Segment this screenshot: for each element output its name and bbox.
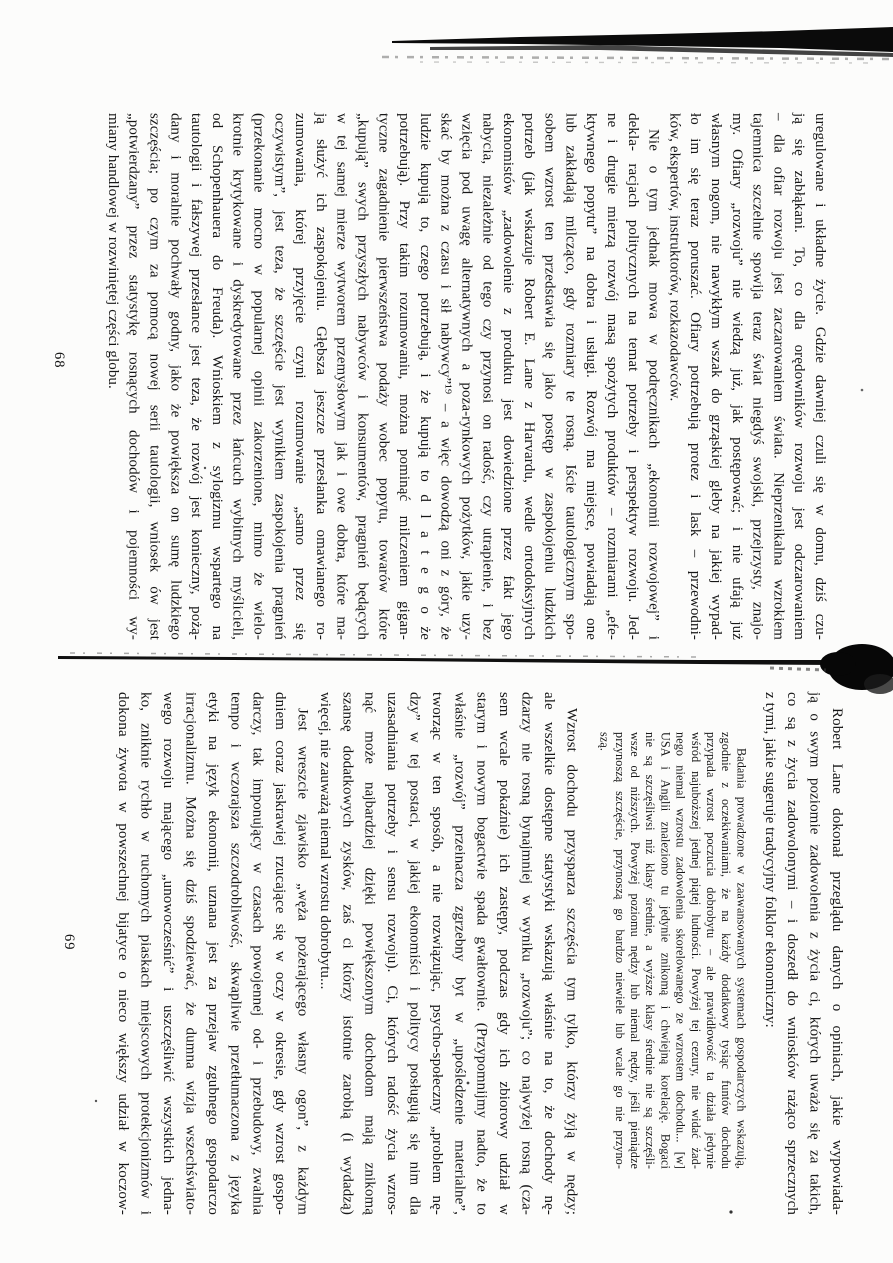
text-line: dekla- racjach politycznych na temat pot… (622, 113, 643, 640)
text-line: szczęścia; po czym za pomocą nowej serii… (144, 113, 165, 640)
paragraph: Wzrost dochodu przysparza szczęścia tym … (313, 692, 582, 1215)
text-line: zgodnie z oczekiwaniami, że na każdy dod… (718, 732, 733, 1169)
text-line: więcej, nie zauważą niemal wzrostu dobro… (313, 692, 335, 1215)
text-line: zumowania, której przyjęcie czyni rozumo… (289, 113, 310, 640)
text-line: ne i drugie mierzą rozwój masą spożytych… (601, 113, 622, 640)
text-line: oczywistym”, jest teza, że szczęście jes… (268, 113, 289, 640)
text-line: ło im się teraz poruszać. Ofiary potrzeb… (684, 113, 705, 640)
text-line: nego niemal wzrostu zadowolenia skorelow… (672, 732, 687, 1169)
text-line: z tymi, jakie sugeruje tradycyjny folklo… (758, 692, 780, 1215)
text-line: ale wszelkie dostępne statystyki wskazuj… (538, 692, 560, 1215)
text-line: szą. (596, 732, 611, 1169)
text-line: starym i nowym bogactwie spada gwałtowni… (470, 692, 492, 1215)
text-line: miany handlowej w rozwiniętej części glo… (102, 113, 123, 640)
text-line: szansę dodatkowych zysków, zaś ci którzy… (336, 692, 358, 1215)
page-68-text: uregulowane i układne życie. Gdzie dawni… (97, 113, 830, 640)
text-line: ją o swym poziomie zadowolenia z życia c… (803, 692, 825, 1215)
paragraph: Nie o tym jednak mowa w podręcznikach „e… (102, 113, 664, 640)
paragraph: uregulowane i układne życie. Gdzie dawni… (664, 113, 830, 640)
text-line: „potwierdzany” przez statystykę rosnącyc… (123, 113, 144, 640)
text-line: od Schopenhauera do Freuda). Wnioskiem z… (206, 113, 227, 640)
text-line: dany i moralnie pochwały godny, jako że … (165, 113, 186, 640)
page-number-69: 69 (60, 934, 77, 951)
text-line: darczy, tak imponujący w czasach powojen… (246, 692, 268, 1215)
text-line: wsze od niższych. Powyżej poziomu nędzy … (627, 732, 642, 1169)
text-line: tyczne zagadnienie pierwszeństwa podaży … (372, 113, 393, 640)
text-line: USA i Anglii znaleziono tu jedynie zniko… (657, 732, 672, 1169)
text-line: sobem wzrost ten przedstawia się jako po… (539, 113, 560, 640)
text-line: Nie o tym jednak mowa w podręcznikach „e… (643, 113, 664, 640)
text-line: „kupują” swych przyszłych nabywców i kon… (352, 113, 373, 640)
page-number-68: 68 (50, 352, 67, 369)
paragraph: Robert Lane dokonał przeglądu danych o o… (758, 692, 848, 1215)
paragraph: Jest wreszcie zjawisko „węża pożerająceg… (112, 692, 314, 1215)
text-line: ją służyć ich zaspokojeniu. Głębsza jesz… (310, 113, 331, 640)
scanned-book-spread: { "document": { "language": "Polish", "p… (0, 0, 893, 1263)
text-line: dzy” w tej postaci, w jakiej ekonomiści … (403, 692, 425, 1215)
ink-blob (828, 644, 893, 690)
text-line: ktywnego popytu” na dobra i usługi. Rozw… (580, 113, 601, 640)
text-line: ko, zniknie rychło w ruchomych piaskach … (134, 692, 156, 1215)
text-line: tajemnica szczelnie spowija teraz świat … (747, 113, 768, 640)
text-line: krotnie krytykowane i dyskredytowane prz… (227, 113, 248, 640)
text-line: nie są szczęśliwsi niż klasy średnie, a … (642, 732, 657, 1169)
text-line: dzarzy nie rosną bynajmniej w wyniku „ro… (515, 692, 537, 1215)
text-line: przynoszą szczęście, przynoszą go bardzo… (612, 732, 627, 1169)
text-line: wzięcia pod uwagę alternatywnych a poza-… (456, 113, 477, 640)
text-line: (przekonanie mocno w popularnej opinii z… (248, 113, 269, 640)
text-line: ludzie kupują to, czego potrzebują, i że… (414, 113, 435, 640)
text-line: Robert Lane dokonał przeglądu danych o o… (826, 692, 848, 1215)
text-line: Jest wreszcie zjawisko „węża pożerająceg… (291, 692, 313, 1215)
text-line: wego rozwoju mającego „unowocześnić” i u… (157, 692, 179, 1215)
text-line: tempo i wczorajsza szczodrobliwość, skwa… (224, 692, 246, 1215)
text-line: wśród najuboższej jednej piątej ludności… (688, 732, 703, 1169)
text-line: – dla ofiar rozwoju jest zaczarowaniem ś… (768, 113, 789, 640)
speck (95, 1100, 97, 1102)
text-line: potrzebują). Przy takim rozumowaniu, moż… (393, 113, 414, 640)
text-line: uzasadniania potrzeby i sensu rozwoju). … (381, 692, 403, 1215)
text-line: przypada wzrost poczucia dobrobytu – ale… (703, 732, 718, 1169)
text-line: ekonomistów „zadowolenie z produktu jest… (497, 113, 518, 640)
text-line: dokona żywota w powszechnej bijatyce o n… (112, 692, 134, 1215)
text-line: Badania prowadzone w zaawansowanych syst… (733, 732, 748, 1169)
speck (861, 389, 864, 392)
text-line: my. Ofiary „rozwoju” nie wiedzą już, jak… (726, 113, 747, 640)
text-line: ków, ekspertów, instruktorów, rozkazodaw… (664, 113, 685, 640)
text-line: uregulowane i układne życie. Gdzie dawni… (809, 113, 830, 640)
text-line: lub zakładają milcząco, gdy rozmiary te … (560, 113, 581, 640)
text-line: skać by można z czasu i sił nabywcy”¹⁹ –… (435, 113, 456, 640)
text-line: w tej samej mierze wytworem przemysłowym… (331, 113, 352, 640)
text-line: etyki na język ekonomii, uznana jest za … (201, 692, 223, 1215)
text-line: tautologii i fałszywej przesłance jest t… (185, 113, 206, 640)
text-line: dniem coraz jaskrawiej rzucające się w o… (269, 692, 291, 1215)
text-line: nabycia, niezależnie od tego czy przynos… (476, 113, 497, 640)
text-line: tworząc w ten sposób, a nie rozwiązując,… (426, 692, 448, 1215)
text-line: właśnie „rozwój” przeinacza zgrzebny byt… (448, 692, 470, 1215)
scan-streak-middle (58, 644, 893, 694)
text-line: nąć może najbardziej dzięki powiększonym… (358, 692, 380, 1215)
text-line: irracjonalizmu. Można się dziś spodziewa… (179, 692, 201, 1215)
text-line: co są z życia zadowolonymi – i doszedł d… (781, 692, 803, 1215)
block-quote: Badania prowadzone w zaawansowanych syst… (596, 692, 748, 1215)
text-line: sem wcale pokaźnie) ich zastępy, podczas… (493, 692, 515, 1215)
text-line: ją się zabłąkani. To, co dla orędowników… (788, 113, 809, 640)
text-line: Wzrost dochodu przysparza szczęścia tym … (560, 692, 582, 1215)
text-line: potrzeb (jak wskazuje Robert E. Lane z H… (518, 113, 539, 640)
scan-streak-top (382, 27, 893, 63)
text-line: własnym nogom, nie nawykłym wszak do grz… (705, 113, 726, 640)
page-69-text: Robert Lane dokonał przeglądu danych o o… (103, 692, 848, 1215)
